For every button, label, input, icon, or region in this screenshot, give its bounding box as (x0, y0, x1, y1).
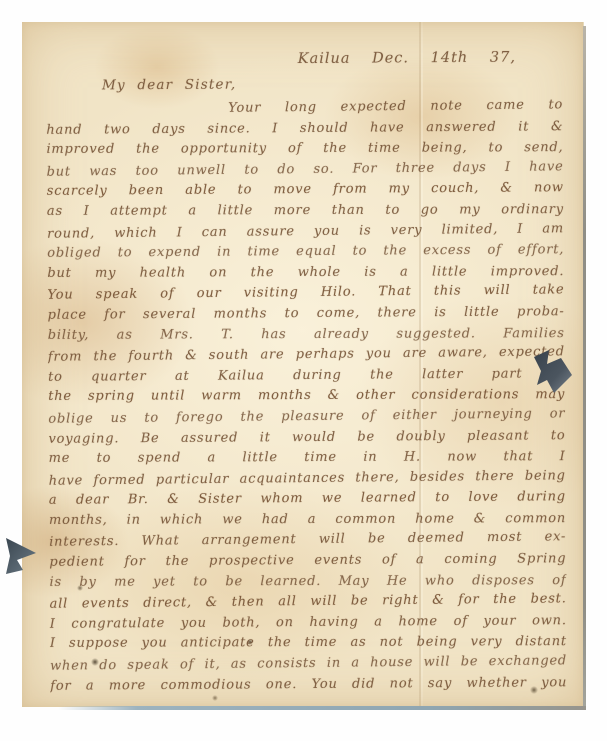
paper-bottom-edge-shadow (58, 706, 586, 710)
dateline: Kailua Dec. 14th 37, (46, 44, 563, 74)
letter-body: Your long expected note came to hand two… (46, 96, 567, 697)
handwriting-line: as I attempt a little more than to go my… (47, 200, 564, 222)
dark-tear-artifact-icon (532, 349, 574, 395)
handwriting-line: place for several months to come, there … (48, 302, 565, 326)
dark-tear-artifact-icon (5, 536, 41, 576)
paper-right-edge-shadow (583, 26, 586, 709)
handwriting-block: Kailua Dec. 14th 37, My dear Sister, You… (46, 44, 568, 697)
scanned-letter: Kailua Dec. 14th 37, My dear Sister, You… (0, 0, 607, 741)
letter-page: Kailua Dec. 14th 37, My dear Sister, You… (22, 22, 583, 707)
handwriting-line: pedient for the prospective events of a … (49, 549, 566, 573)
salutation: My dear Sister, (46, 70, 563, 98)
